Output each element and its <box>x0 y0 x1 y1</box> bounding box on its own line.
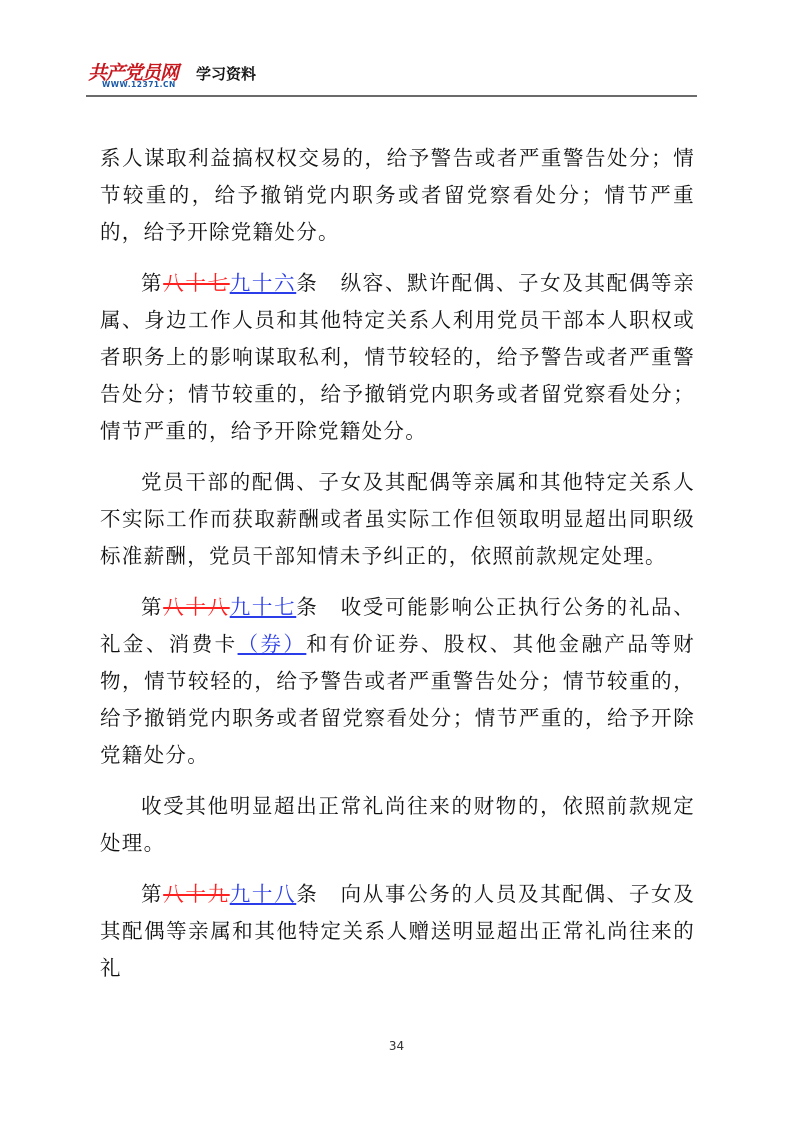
document-body: 系人谋取利益搞权权交易的，给予警告或者严重警告处分；情节较重的，给予撤销党内职务… <box>100 140 695 1001</box>
article-98: 第八十九九十八条 向从事公务的人员及其配偶、子女及其配偶等亲属和其他特定关系人赠… <box>100 876 695 987</box>
inserted-text: （券） <box>238 632 307 656</box>
paragraph: 收受其他明显超出正常礼尚往来的财物的，依照前款规定处理。 <box>100 788 695 862</box>
article-prefix: 第 <box>141 882 163 906</box>
page-header: 共产党员网 WWW.12371.CN 学习资料 <box>86 58 698 98</box>
article-prefix: 第 <box>141 595 163 619</box>
paragraph: 党员干部的配偶、子女及其配偶等亲属和其他特定关系人不实际工作而获取薪酬或者虽实际… <box>100 464 695 575</box>
article-prefix: 第 <box>141 271 163 295</box>
header-divider <box>86 95 697 97</box>
inserted-text: 九十六 <box>230 271 297 295</box>
header-title: 学习资料 <box>196 63 256 84</box>
deleted-text: 八十七 <box>163 271 230 295</box>
paragraph: 系人谋取利益搞权权交易的，给予警告或者严重警告处分；情节较重的，给予撤销党内职务… <box>100 140 695 251</box>
paragraph-text: 收受其他明显超出正常礼尚往来的财物的，依照前款规定处理。 <box>100 788 695 862</box>
inserted-text: 九十七 <box>230 595 297 619</box>
deleted-text: 八十八 <box>163 595 230 619</box>
site-logo: 共产党员网 WWW.12371.CN <box>86 58 208 94</box>
paragraph-text: 系人谋取利益搞权权交易的，给予警告或者严重警告处分；情节较重的，给予撤销党内职务… <box>100 140 695 251</box>
article-97: 第八十八九十七条 收受可能影响公正执行公务的礼品、礼金、消费卡（券）和有价证券、… <box>100 589 695 774</box>
article-body: 条 纵容、默许配偶、子女及其配偶等亲属、身边工作人员和其他特定关系人利用党员干部… <box>100 271 695 443</box>
page-number: 34 <box>0 1039 793 1053</box>
logo-url: WWW.12371.CN <box>102 80 176 89</box>
article-96: 第八十七九十六条 纵容、默许配偶、子女及其配偶等亲属、身边工作人员和其他特定关系… <box>100 265 695 450</box>
paragraph-text: 党员干部的配偶、子女及其配偶等亲属和其他特定关系人不实际工作而获取薪酬或者虽实际… <box>100 464 695 575</box>
deleted-text: 八十九 <box>163 882 230 906</box>
inserted-text: 九十八 <box>230 882 297 906</box>
